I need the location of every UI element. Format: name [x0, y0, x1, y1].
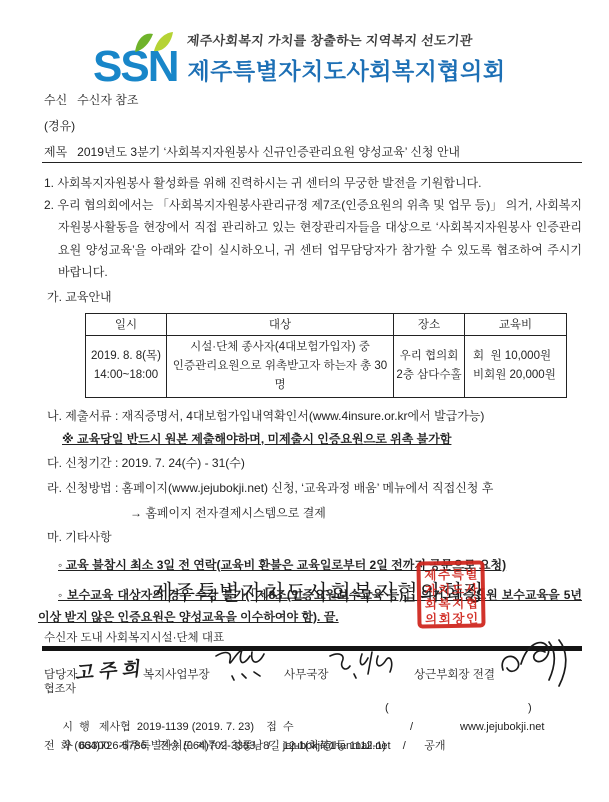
item-etc: 마. 기타사항 — [47, 529, 582, 546]
cell-fee: 회 원 10,000원 비회원 20,000원 — [465, 335, 567, 397]
receipt-paren-close: ) — [528, 699, 532, 718]
cooperator-line: 협조자 — [44, 680, 584, 699]
etc-refund-rule: ◦ 교육 불참시 최소 3일 전 연락(교육비 환불은 교육일로부터 2일 전까… — [58, 555, 582, 577]
org-name: 제주특별자치도사회복지협의회 — [187, 53, 505, 86]
subject-line: 제목 2019년도 3분기 ‘사회복지자원봉사 신규인증관리요원 양성교육’ 신… — [44, 144, 582, 160]
contact-line: 전 화 (064)726-5786 전송 (064)702-3383 / jej… — [44, 737, 584, 756]
paragraph-1: 1. 사회복지자원봉사 활성화를 위해 진력하시는 귀 센터의 무궁한 발전을 … — [44, 172, 582, 194]
document-body: 1. 사회복지자원봉사 활성화를 위해 진력하시는 귀 센터의 무궁한 발전을 … — [44, 172, 582, 628]
letterhead: SSN 제주사회복지 가치를 창출하는 지역복지 선도기관 제주특별자치도사회복… — [93, 30, 506, 88]
website-text: www.jejubokji.net — [460, 718, 544, 737]
org-tagline: 제주사회복지 가치를 창출하는 지역복지 선도기관 — [187, 30, 507, 49]
cell-target: 시설·단체 종사자(4대보험가입자) 중 인증관리요원으로 위촉받고자 하는자 … — [167, 335, 394, 397]
item-education-info: 가. 교육안내 — [47, 289, 582, 306]
document-footer: 협조자 시 행 제사협 2019-1139 (2019. 7. 23) 접 수 … — [44, 680, 584, 756]
item-apply-period: 다. 신청기간 : 2019. 7. 24(수) - 31(수) — [47, 455, 582, 472]
final-recipient-line: 수신자 도내 사회복지시설·단체 대표 — [44, 629, 224, 645]
letterhead-text: 제주사회복지 가치를 창출하는 지역복지 선도기관 제주특별자치도사회복지협의회 — [187, 30, 505, 88]
col-header-place: 장소 — [394, 313, 465, 335]
recipient-line: 수신 수신자 참조 — [44, 92, 582, 108]
issue-number-line: 시 행 제사협 2019-1139 (2019. 7. 23) 접 수 ( ) — [44, 699, 584, 718]
address-separator: / — [410, 718, 413, 737]
leaf-icon — [133, 30, 175, 59]
official-document-page: SSN 제주사회복지 가치를 창출하는 지역복지 선도기관 제주특별자치도사회복… — [0, 0, 609, 802]
item-documents: 나. 제출서류 : 재직증명서, 4대보험가입내역확인서(www.4insure… — [47, 408, 582, 425]
official-seal: 제주특별자치도사회복지협의회장인 — [416, 560, 485, 628]
item-payment: → 홈페이지 전자결제시스템으로 결제 — [130, 505, 582, 522]
col-header-datetime: 일시 — [86, 313, 167, 335]
item-apply-method: 라. 신청방법 : 홈페이지(www.jejubokji.net) 신청, ‘교… — [47, 480, 582, 497]
subject-divider — [42, 162, 582, 163]
cell-datetime: 2019. 8. 8(목) 14:00~18:00 — [86, 335, 167, 397]
ssn-logo: SSN — [93, 30, 177, 88]
address-line: 우 63300 제주특별자치도 제주시 청풍남8길 12-1(화북1동 1112… — [44, 718, 584, 737]
education-table: 일시 대상 장소 교육비 2019. 8. 8(목) 14:00~18:00 시… — [85, 313, 567, 398]
cell-place: 우리 협의회 2층 삼다수홀 — [394, 335, 465, 397]
receipt-paren-open: ( — [385, 699, 389, 718]
table-row: 2019. 8. 8(목) 14:00~18:00 시설·단체 종사자(4대보험… — [86, 335, 567, 397]
note-original-required: ※ 교육당일 반드시 원본 제출해야하며, 미제출시 인증요원으로 위촉 불가함 — [62, 431, 582, 448]
document-meta: 수신 수신자 참조 (경유) 제목 2019년도 3분기 ‘사회복지자원봉사 신… — [44, 92, 582, 170]
col-header-target: 대상 — [167, 313, 394, 335]
table-header-row: 일시 대상 장소 교육비 — [86, 313, 567, 335]
col-header-fee: 교육비 — [465, 313, 567, 335]
via-line: (경유) — [44, 118, 582, 134]
paragraph-2: 2. 우리 협의회에서는 「사회복지자원봉사관리규정 제7조(인증요원의 위촉 … — [44, 194, 582, 284]
